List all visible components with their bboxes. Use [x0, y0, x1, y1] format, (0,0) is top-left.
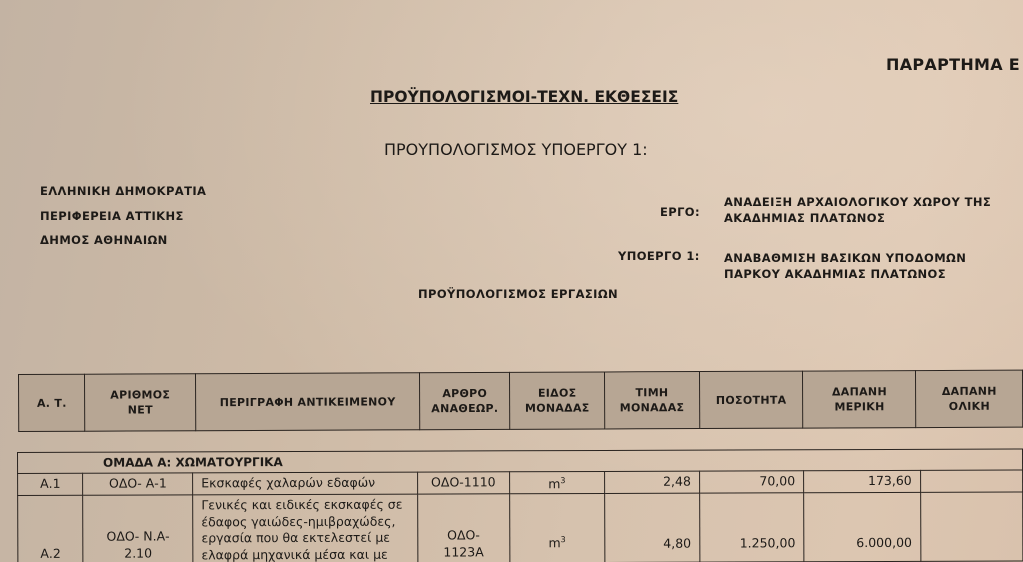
cell-quantity: 1.250,00 [699, 493, 803, 562]
col-header-total-cost: ΔΑΠΑΝΗ ΟΛΙΚΗ [916, 370, 1023, 427]
col-header-unit: ΕΙΔΟΣ ΜΟΝΑΔΑΣ [510, 372, 605, 429]
subproject-value-line2: ΠΑΡΚΟΥ ΑΚΑΔΗΜΙΑΣ ΠΛΑΤΩΝΟΣ [724, 266, 966, 282]
cell-unit: m3 [510, 493, 605, 562]
col-header-at: Α. Τ. [19, 374, 86, 431]
subproject-value: ΑΝΑΒΑΘΜΙΣΗ ΒΑΣΙΚΩΝ ΥΠΟΔΟΜΩΝ ΠΑΡΚΟΥ ΑΚΑΔΗ… [724, 250, 966, 282]
col-header-net: ΑΡΙΘΜΟΣ ΝΕΤ [85, 374, 196, 431]
cell-partial-cost: 173,60 [804, 470, 921, 492]
cell-description: Εκσκαφές χαλαρών εδαφών [193, 472, 417, 495]
cell-quantity: 70,00 [699, 471, 803, 493]
cell-at: Α.1 [18, 473, 84, 495]
works-budget-title: ΠΡΟΫΠΟΛΟΓΙΣΜΟΣ ΕΡΓΑΣΙΩΝ [418, 287, 618, 301]
table-row: Α.2 ΟΔΟ- Ν.Α- 2.10 Γενικές και ειδικές ε… [18, 492, 1023, 562]
col-header-description: ΠΕΡΙΓΡΑΦΗ ΑΝΤΙΚΕΙΜΕΝΟΥ [195, 373, 419, 431]
cell-net: ΟΔΟ- Α-1 [83, 473, 193, 495]
document-title: ΠΡΟΫΠΟΛΟΓΙΣΜΟΙ-ΤΕΧΝ. ΕΚΘΕΣΕΙΣ [370, 88, 678, 106]
cell-article: ΟΔΟ- 1123Α [417, 494, 510, 562]
project-value: ΑΝΑΔΕΙΞΗ ΑΡΧΑΙΟΛΟΓΙΚΟΥ ΧΩΡΟΥ ΤΗΣ ΑΚΑΔΗΜΙ… [724, 194, 991, 226]
org-country: ΕΛΛΗΝΙΚΗ ΔΗΜΟΚΡΑΤΙΑ [40, 184, 206, 198]
subproject-label: ΥΠΟΕΡΓΟ 1: [618, 249, 700, 263]
org-municipality: ΔΗΜΟΣ ΑΘΗΝΑΙΩΝ [40, 233, 168, 247]
project-value-line1: ΑΝΑΔΕΙΞΗ ΑΡΧΑΙΟΛΟΓΙΚΟΥ ΧΩΡΟΥ ΤΗΣ [724, 194, 991, 210]
project-value-line2: ΑΚΑΔΗΜΙΑΣ ΠΛΑΤΩΝΟΣ [724, 210, 991, 226]
cell-total-cost [920, 492, 1023, 561]
unit-text: m [548, 536, 560, 551]
appendix-label: ΠΑΡΑΡΤΗΜΑ Ε [886, 55, 1020, 74]
document-subtitle: ΠΡΟΥΠΟΛΟΓΙΣΜΟΣ ΥΠΟΕΡΓΟΥ 1: [384, 140, 648, 159]
col-header-article: ΑΡΘΡΟ ΑΝΑΘΕΩΡ. [420, 372, 510, 429]
cell-unit: m3 [509, 471, 604, 493]
unit-superscript: 3 [560, 476, 565, 485]
cell-at: Α.2 [18, 495, 84, 562]
cell-total-cost [920, 470, 1022, 492]
budget-table-header: Α. Τ. ΑΡΙΘΜΟΣ ΝΕΤ ΠΕΡΙΓΡΑΦΗ ΑΝΤΙΚΕΙΜΕΝΟΥ… [18, 370, 1023, 432]
header-row: Α. Τ. ΑΡΙΘΜΟΣ ΝΕΤ ΠΕΡΙΓΡΑΦΗ ΑΝΤΙΚΕΙΜΕΝΟΥ… [19, 370, 1023, 431]
col-header-quantity: ΠΟΣΟΤΗΤΑ [699, 371, 803, 428]
cell-unit-price: 2,48 [604, 471, 699, 493]
unit-text: m [548, 476, 560, 491]
col-header-partial-cost: ΔΑΠΑΝΗ ΜΕΡΙΚΗ [803, 371, 916, 428]
subproject-value-line1: ΑΝΑΒΑΘΜΙΣΗ ΒΑΣΙΚΩΝ ΥΠΟΔΟΜΩΝ [724, 250, 966, 266]
cell-unit-price: 4,80 [604, 493, 699, 562]
cell-article: ΟΔΟ-1110 [417, 472, 509, 494]
col-header-unit-price: ΤΙΜΗ ΜΟΝΑΔΑΣ [604, 372, 699, 429]
cell-partial-cost: 6.000,00 [804, 492, 921, 561]
unit-superscript: 3 [561, 535, 566, 544]
project-label: ΕΡΓΟ: [660, 205, 700, 219]
cell-description: Γενικές και ειδικές εκσκαφές σε έδαφος γ… [193, 494, 418, 562]
budget-table-body: ΟΜΑΔΑ Α: ΧΩΜΑΤΟΥΡΓΙΚΑ Α.1 ΟΔΟ- Α-1 Εκσκα… [17, 448, 1023, 562]
org-region: ΠΕΡΙΦΕΡΕΙΑ ΑΤΤΙΚΗΣ [40, 209, 184, 223]
cell-net: ΟΔΟ- Ν.Α- 2.10 [83, 495, 193, 562]
